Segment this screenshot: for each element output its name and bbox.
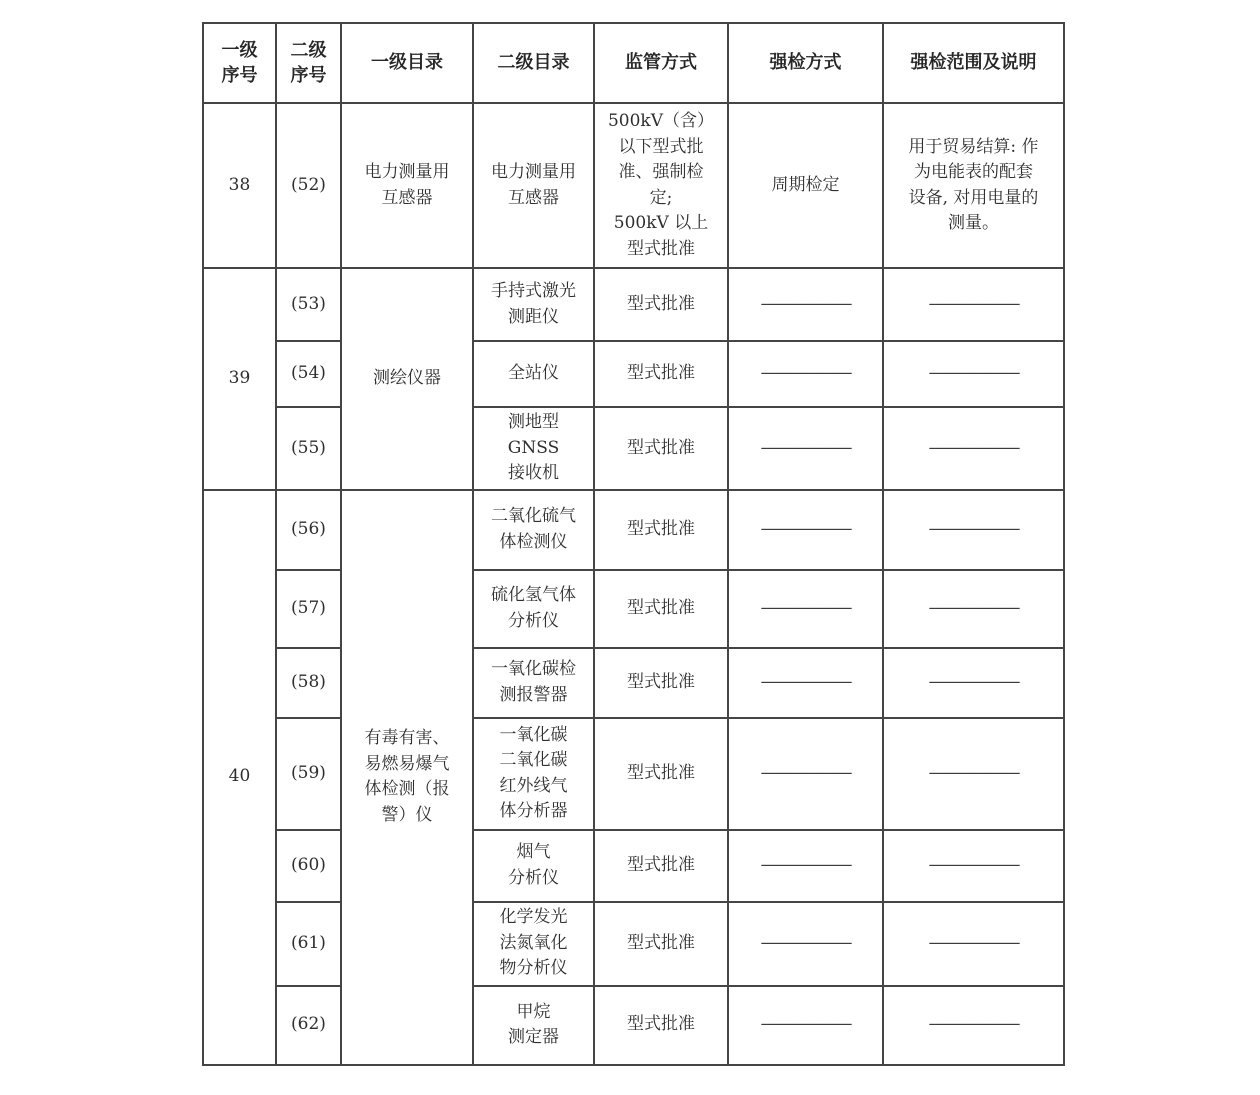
level2-no-cell: (60) bbox=[276, 830, 341, 902]
inspection-dash-cell: —————— bbox=[728, 341, 883, 407]
supervision-cell: 型式批准 bbox=[594, 341, 728, 407]
scope-dash-cell: —————— bbox=[883, 648, 1064, 718]
level1-catalog-cell: 有毒有害、 易燃易爆气 体检测（报 警）仪 bbox=[341, 490, 473, 1065]
level1-catalog-cell: 测绘仪器 bbox=[341, 268, 473, 490]
level2-catalog-cell: 电力测量用 互感器 bbox=[473, 103, 594, 268]
table-row: (62) 甲烷 测定器 型式批准 —————— —————— bbox=[203, 986, 1064, 1065]
level2-no-cell: (55) bbox=[276, 407, 341, 490]
level1-no-cell: 39 bbox=[203, 268, 276, 490]
scope-dash-cell: —————— bbox=[883, 830, 1064, 902]
supervision-cell: 型式批准 bbox=[594, 830, 728, 902]
table-row: 38 (52) 电力测量用 互感器 电力测量用 互感器 500kV（含） 以下型… bbox=[203, 103, 1064, 268]
table-row: (59) 一氧化碳 二氧化碳 红外线气 体分析器 型式批准 —————— ———… bbox=[203, 718, 1064, 830]
level1-no-cell: 40 bbox=[203, 490, 276, 1065]
header-inspection: 强检方式 bbox=[728, 23, 883, 103]
catalog-table: 一级 序号 二级 序号 一级目录 二级目录 监管方式 强检方式 强检范围及说明 … bbox=[202, 22, 1065, 1066]
scope-dash-cell: —————— bbox=[883, 407, 1064, 490]
header-scope: 强检范围及说明 bbox=[883, 23, 1064, 103]
inspection-dash-cell: —————— bbox=[728, 830, 883, 902]
inspection-dash-cell: —————— bbox=[728, 407, 883, 490]
header-level1-catalog: 一级目录 bbox=[341, 23, 473, 103]
header-level1-no: 一级 序号 bbox=[203, 23, 276, 103]
scope-dash-cell: —————— bbox=[883, 341, 1064, 407]
header-level2-no: 二级 序号 bbox=[276, 23, 341, 103]
level2-catalog-cell: 手持式激光 测距仪 bbox=[473, 268, 594, 341]
supervision-cell: 型式批准 bbox=[594, 648, 728, 718]
supervision-cell: 型式批准 bbox=[594, 986, 728, 1065]
table-row: (54) 全站仪 型式批准 —————— —————— bbox=[203, 341, 1064, 407]
scope-dash-cell: —————— bbox=[883, 986, 1064, 1065]
level2-catalog-cell: 二氧化硫气 体检测仪 bbox=[473, 490, 594, 570]
level2-catalog-cell: 全站仪 bbox=[473, 341, 594, 407]
inspection-dash-cell: —————— bbox=[728, 570, 883, 648]
scope-dash-cell: —————— bbox=[883, 718, 1064, 830]
level1-catalog-cell: 电力测量用 互感器 bbox=[341, 103, 473, 268]
scope-dash-cell: —————— bbox=[883, 490, 1064, 570]
table-row: (61) 化学发光 法氮氧化 物分析仪 型式批准 —————— —————— bbox=[203, 902, 1064, 986]
header-supervision: 监管方式 bbox=[594, 23, 728, 103]
table-row: (58) 一氧化碳检 测报警器 型式批准 —————— —————— bbox=[203, 648, 1064, 718]
level2-catalog-cell: 化学发光 法氮氧化 物分析仪 bbox=[473, 902, 594, 986]
level2-catalog-cell: 一氧化碳 二氧化碳 红外线气 体分析器 bbox=[473, 718, 594, 830]
supervision-cell: 型式批准 bbox=[594, 268, 728, 341]
inspection-cell: 周期检定 bbox=[728, 103, 883, 268]
table-row: 39 (53) 测绘仪器 手持式激光 测距仪 型式批准 —————— —————… bbox=[203, 268, 1064, 341]
table-row: (55) 测地型 GNSS 接收机 型式批准 —————— —————— bbox=[203, 407, 1064, 490]
header-row: 一级 序号 二级 序号 一级目录 二级目录 监管方式 强检方式 强检范围及说明 bbox=[203, 23, 1064, 103]
inspection-dash-cell: —————— bbox=[728, 268, 883, 341]
inspection-dash-cell: —————— bbox=[728, 648, 883, 718]
level2-no-cell: (53) bbox=[276, 268, 341, 341]
level1-no-cell: 38 bbox=[203, 103, 276, 268]
supervision-cell: 型式批准 bbox=[594, 490, 728, 570]
supervision-cell: 型式批准 bbox=[594, 570, 728, 648]
level2-catalog-cell: 硫化氢气体 分析仪 bbox=[473, 570, 594, 648]
supervision-cell: 型式批准 bbox=[594, 407, 728, 490]
table-row: (60) 烟气 分析仪 型式批准 —————— —————— bbox=[203, 830, 1064, 902]
level2-no-cell: (62) bbox=[276, 986, 341, 1065]
supervision-cell: 500kV（含） 以下型式批 准、强制检 定; 500kV 以上 型式批准 bbox=[594, 103, 728, 268]
scope-cell: 用于贸易结算: 作 为电能表的配套 设备, 对用电量的 测量。 bbox=[883, 103, 1064, 268]
level2-catalog-cell: 一氧化碳检 测报警器 bbox=[473, 648, 594, 718]
document-page: 一级 序号 二级 序号 一级目录 二级目录 监管方式 强检方式 强检范围及说明 … bbox=[0, 0, 1260, 1095]
scope-dash-cell: —————— bbox=[883, 268, 1064, 341]
level2-no-cell: (58) bbox=[276, 648, 341, 718]
level2-no-cell: (57) bbox=[276, 570, 341, 648]
level2-no-cell: (56) bbox=[276, 490, 341, 570]
inspection-dash-cell: —————— bbox=[728, 490, 883, 570]
table-row: 40 (56) 有毒有害、 易燃易爆气 体检测（报 警）仪 二氧化硫气 体检测仪… bbox=[203, 490, 1064, 570]
table-row: (57) 硫化氢气体 分析仪 型式批准 —————— —————— bbox=[203, 570, 1064, 648]
scope-dash-cell: —————— bbox=[883, 902, 1064, 986]
level2-catalog-cell: 甲烷 测定器 bbox=[473, 986, 594, 1065]
scope-dash-cell: —————— bbox=[883, 570, 1064, 648]
level2-no-cell: (54) bbox=[276, 341, 341, 407]
level2-catalog-cell: 测地型 GNSS 接收机 bbox=[473, 407, 594, 490]
supervision-cell: 型式批准 bbox=[594, 718, 728, 830]
inspection-dash-cell: —————— bbox=[728, 986, 883, 1065]
inspection-dash-cell: —————— bbox=[728, 718, 883, 830]
level2-no-cell: (52) bbox=[276, 103, 341, 268]
inspection-dash-cell: —————— bbox=[728, 902, 883, 986]
level2-no-cell: (61) bbox=[276, 902, 341, 986]
header-level2-catalog: 二级目录 bbox=[473, 23, 594, 103]
supervision-cell: 型式批准 bbox=[594, 902, 728, 986]
level2-catalog-cell: 烟气 分析仪 bbox=[473, 830, 594, 902]
level2-no-cell: (59) bbox=[276, 718, 341, 830]
